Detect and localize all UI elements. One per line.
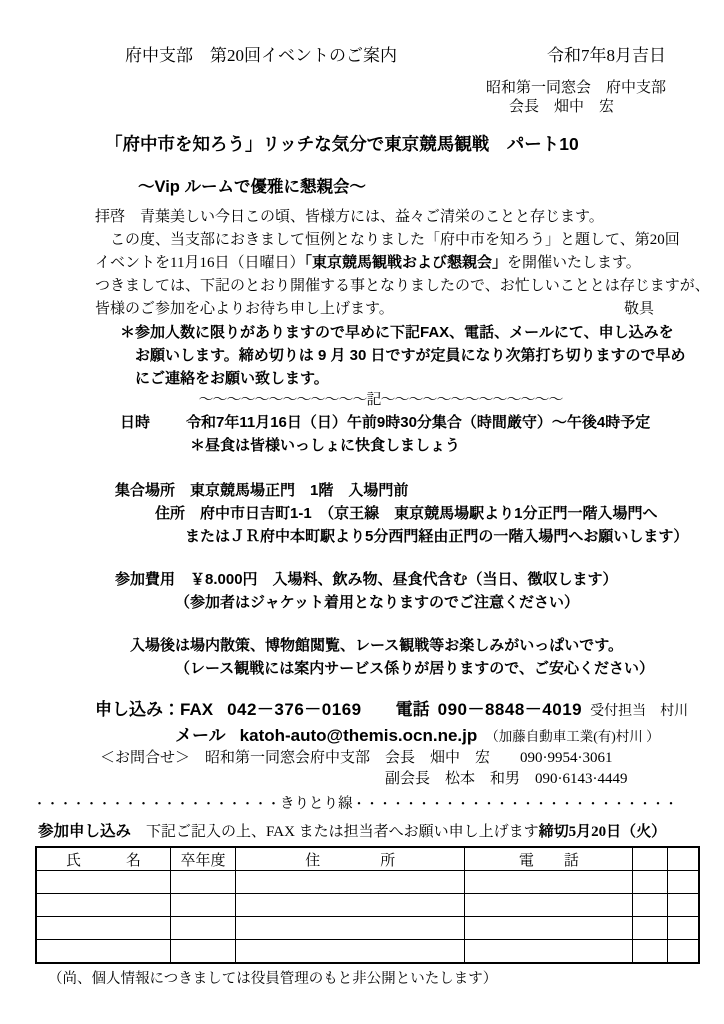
- col-header-extra2: [667, 847, 699, 871]
- table-cell: [633, 871, 667, 894]
- col-header-grad-year: 卒年度: [171, 847, 236, 871]
- address-line-1: 住所 府中市日吉町1-1 （京王線 東京競馬場駅より1分正門一階入場門へ: [155, 502, 724, 525]
- cut-line-label: きりとり線: [280, 796, 353, 812]
- event-title-heading: 「府中市を知ろう」リッチな気分で東京競馬観戦 パート10: [105, 133, 724, 156]
- table-cell: [633, 894, 667, 917]
- table-cell: [36, 940, 171, 964]
- table-cell: [171, 894, 236, 917]
- notice-line-1: ＊参加人数に限りがありますので早めに下記FAX、電話、メールにて、申し込みを: [120, 321, 724, 344]
- contact-line-2: 副会長 松本 和男 090·6143·4449: [385, 769, 724, 790]
- table-cell: [465, 894, 633, 917]
- table-cell: [667, 940, 699, 964]
- table-cell: [633, 940, 667, 964]
- datetime-value: 令和7年11月16日（日）午前9時30分集合（時間厳守）～午後4時予定: [186, 414, 650, 431]
- event-subtitle-heading: ～Vip ルームで優雅に懇親会～: [138, 176, 724, 198]
- greeting-line-5-text: 皆様のご参加を心よりお待ち申し上げます。: [95, 298, 394, 321]
- mail-company-note: （加藤自動車工業(有)村川 ）: [485, 729, 659, 744]
- greeting-line-5: 皆様のご参加を心よりお待ち申し上げます。 敬具: [95, 298, 666, 321]
- tel-label: 電話: [396, 700, 430, 719]
- org-chairman: 会長 畑中 宏: [0, 98, 666, 117]
- table-cell: [236, 871, 465, 894]
- cut-line: ・・・・・・・・・・・・・・・・・・・きりとり線・・・・・・・・・・・・・・・・…: [33, 792, 704, 816]
- table-cell: [171, 917, 236, 940]
- fax-number: 042－376－0169: [227, 700, 362, 719]
- table-cell: [36, 871, 171, 894]
- attractions-line-1: 入場後は場内散策、博物館閲覧、レース観戦等お楽しみがいっぱいです。: [130, 634, 724, 657]
- greeting-line-3-emphasis: 「東京競馬観戦および懇親会」: [304, 255, 507, 271]
- col-header-phone: 電 話: [465, 847, 633, 871]
- apply-contact-line: 申し込み：FAX042－376－0169電話090－8848－4019受付担当 …: [95, 696, 724, 723]
- notice-line-2: お願いします。締め切りは 9 月 30 日ですが定員になり次第打ち切りますので早…: [135, 344, 724, 367]
- cut-line-dots-right: ・・・・・・・・・・・・・・・・・・・・・・・・・: [353, 796, 678, 811]
- datetime-label: 日時: [120, 414, 150, 431]
- tel-number: 090－8848－4019: [438, 700, 583, 719]
- table-cell: [633, 917, 667, 940]
- greeting-line-3-post: を開催いたします。: [507, 255, 641, 271]
- doc-title: 府中支部 第20回イベントのご案内: [125, 45, 397, 67]
- greeting-line-3-pre: イベントを11月16日（日曜日）: [95, 255, 304, 271]
- table-cell: [236, 940, 465, 964]
- fee-line-1: 参加費用 ￥8.000円 入場料、飲み物、昼食代含む（当日、徴収します）: [115, 568, 724, 591]
- greeting-line-3: イベントを11月16日（日曜日）「東京競馬観戦および懇親会」を開催いたします。: [95, 252, 666, 275]
- table-header-row: 氏 名 卒年度 住 所 電 話: [36, 847, 699, 871]
- contact-line-1: ＜お問合せ＞ 昭和第一同窓会府中支部 会長 畑中 宏 090·9954·3061: [100, 748, 724, 769]
- cut-line-dots-left: ・・・・・・・・・・・・・・・・・・・: [33, 796, 280, 811]
- greeting-paragraph: 拝啓 青葉美しい今日この頃、皆様方には、益々ご清栄のことと存じます。 この度、当…: [95, 206, 666, 321]
- table-cell: [667, 917, 699, 940]
- org-name: 昭和第一同窓会 府中支部: [0, 79, 666, 98]
- table-cell: [465, 917, 633, 940]
- form-deadline: 締切5月20日（火）: [539, 824, 667, 840]
- table-cell: [171, 871, 236, 894]
- col-header-address: 住 所: [236, 847, 465, 871]
- table-cell: [236, 894, 465, 917]
- record-separator: ～～～～～～～～～～～～記～～～～～～～～～～～～～: [95, 390, 666, 411]
- fax-label: 申し込み：FAX: [95, 700, 213, 719]
- document-page: 府中支部 第20回イベントのご案内 令和7年8月吉日 昭和第一同窓会 府中支部 …: [0, 0, 724, 1024]
- table-cell: [171, 940, 236, 964]
- form-title: 参加申し込み: [38, 823, 131, 840]
- application-table: 氏 名 卒年度 住 所 電 話: [35, 846, 700, 964]
- greeting-line-1: 拝啓 青葉美しい今日この頃、皆様方には、益々ご清栄のことと存じます。: [95, 206, 666, 229]
- table-cell: [236, 917, 465, 940]
- privacy-note: （尚、個人情報につきましては役員管理のもと非公開といたします）: [48, 970, 724, 988]
- form-instruction: 下記ご記入の上、FAX または担当者へお願い申し上げます: [131, 824, 539, 840]
- table-row: [36, 917, 699, 940]
- mail-line: メールkatoh-auto@themis.ocn.ne.jp（加藤自動車工業(有…: [175, 723, 724, 748]
- table-cell: [36, 917, 171, 940]
- col-header-extra1: [633, 847, 667, 871]
- table-cell: [465, 871, 633, 894]
- sender-block: 昭和第一同窓会 府中支部 会長 畑中 宏: [0, 79, 666, 117]
- application-notice: ＊参加人数に限りがありますので早めに下記FAX、電話、メールにて、申し込みを お…: [0, 321, 724, 390]
- table-row: [36, 871, 699, 894]
- mail-address: katoh-auto@themis.ocn.ne.jp: [240, 726, 478, 745]
- receptionist-note: 受付担当 村川: [590, 704, 688, 719]
- greeting-line-4: つきましては、下記のとおり開催する事となりましたので、お忙しいこととは存じますが…: [95, 275, 666, 298]
- table-row: [36, 894, 699, 917]
- lunch-note: ＊昼食は皆様いっしょに快食しましょう: [190, 434, 724, 457]
- address-line-2: またはＪＲ府中本町駅より5分西門経由正門の一階入場門へお願いします）: [185, 525, 724, 548]
- notice-line-3: にご連絡をお願い致します。: [135, 367, 724, 390]
- greeting-line-2: この度、当支部におきまして恒例となりました「府中市を知ろう」と題して、第20回: [95, 229, 666, 252]
- col-header-name: 氏 名: [36, 847, 171, 871]
- document-header: 府中支部 第20回イベントのご案内 令和7年8月吉日: [125, 45, 666, 67]
- datetime-row: 日時令和7年11月16日（日）午前9時30分集合（時間厳守）～午後4時予定: [120, 411, 724, 434]
- table-cell: [667, 871, 699, 894]
- fee-line-2: （参加者はジャケット着用となりますのでご注意ください）: [175, 591, 724, 614]
- issue-date: 令和7年8月吉日: [547, 45, 666, 67]
- table-row: [36, 940, 699, 964]
- mail-label: メール: [175, 726, 226, 745]
- meeting-place-line: 集合場所 東京競馬場正門 1階 入場門前: [115, 479, 724, 502]
- table-cell: [465, 940, 633, 964]
- table-cell: [36, 894, 171, 917]
- form-heading: 参加申し込み 下記ご記入の上、FAX または担当者へお願い申し上げます締切5月2…: [38, 822, 700, 842]
- attractions-line-2: （レース観戦には案内サービス係りが居りますので、ご安心ください）: [175, 657, 724, 680]
- closing-keigu: 敬具: [624, 298, 666, 321]
- table-cell: [667, 894, 699, 917]
